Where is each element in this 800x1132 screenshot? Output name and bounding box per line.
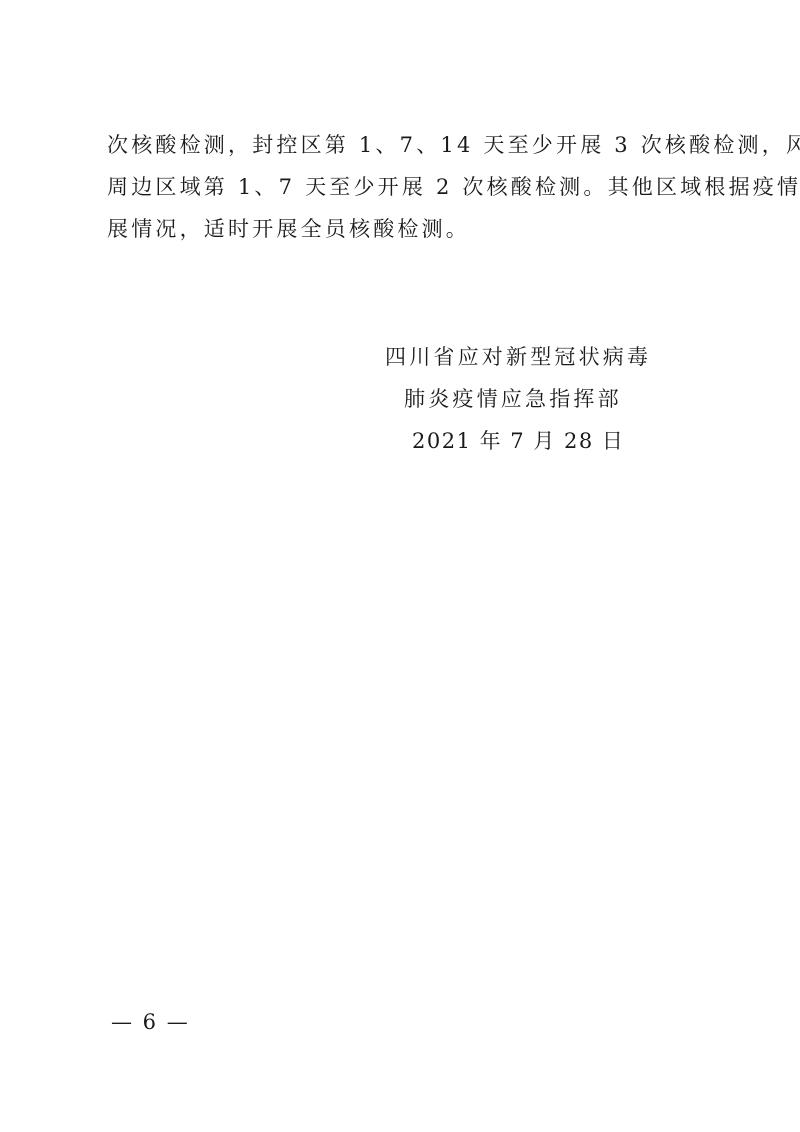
page-number: — 6 —	[111, 1010, 190, 1034]
body-paragraph: 次核酸检测，封控区第 1、7、14 天至少开展 3 次核酸检测，风险区 周边区域…	[107, 124, 707, 250]
document-page: 次核酸检测，封控区第 1、7、14 天至少开展 3 次核酸检测，风险区 周边区域…	[0, 0, 800, 1132]
issue-date: 2021 年 7 月 28 日	[412, 420, 670, 462]
issuing-organization-line2: 肺炎疫情应急指挥部	[404, 378, 670, 420]
body-line: 周边区域第 1、7 天至少开展 2 次核酸检测。其他区域根据疫情发	[107, 166, 707, 208]
body-line: 次核酸检测，封控区第 1、7、14 天至少开展 3 次核酸检测，风险区	[107, 124, 707, 166]
body-line: 展情况，适时开展全员核酸检测。	[107, 208, 707, 250]
issuing-organization-line1: 四川省应对新型冠状病毒	[385, 336, 670, 378]
signature-block: 四川省应对新型冠状病毒 肺炎疫情应急指挥部 2021 年 7 月 28 日	[370, 336, 670, 462]
